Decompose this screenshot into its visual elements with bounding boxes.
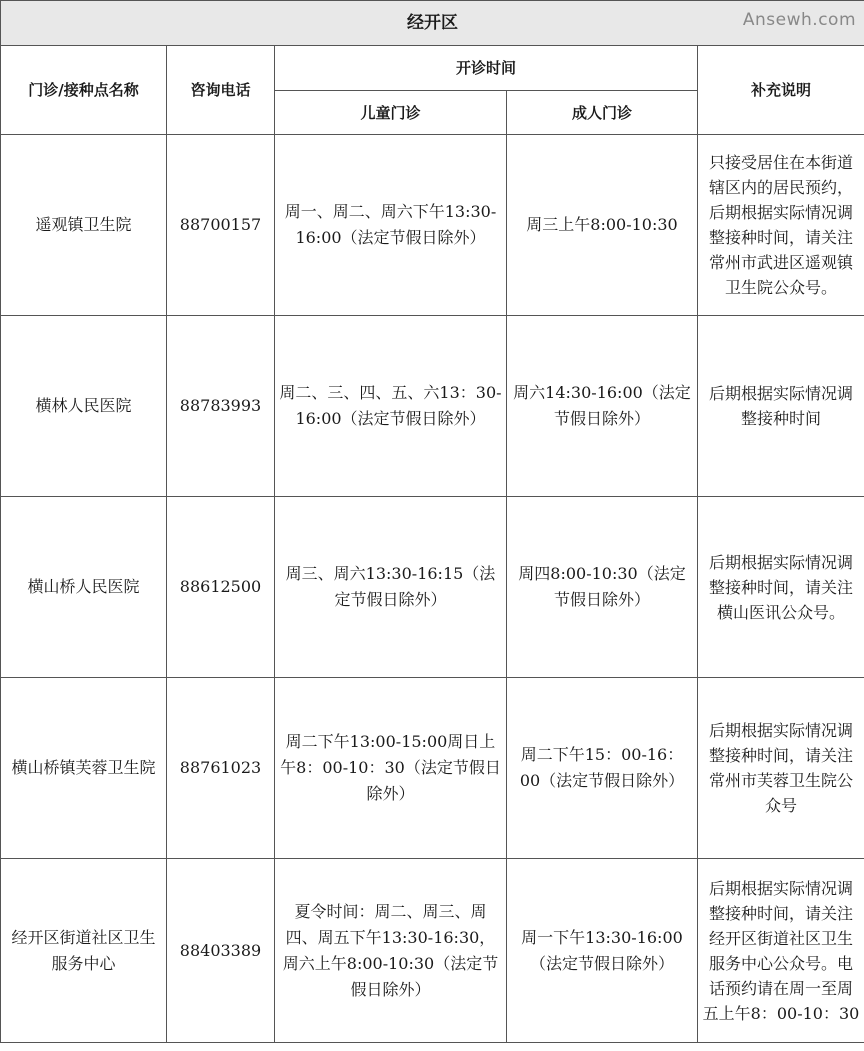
- phone-number: 88403389: [167, 859, 275, 1043]
- header-adult: 成人门诊: [507, 91, 698, 135]
- header-hours-group: 开诊时间: [275, 46, 698, 91]
- adult-hours: 周六14:30-16:00（法定节假日除外）: [507, 316, 698, 497]
- table-row: 遥观镇卫生院 88700157 周一、周二、周六下午13:30-16:00（法定…: [1, 135, 864, 316]
- table-title: 经开区: [1, 1, 864, 46]
- adult-hours: 周三上午8:00-10:30: [507, 135, 698, 316]
- note: 后期根据实际情况调整接种时间: [698, 316, 864, 497]
- children-hours: 夏令时间：周二、周三、周四、周五下午13:30-16:30，周六上午8:00-1…: [275, 859, 507, 1043]
- header-phone: 咨询电话: [167, 46, 275, 135]
- phone-number: 88783993: [167, 316, 275, 497]
- table-row: 横林人民医院 88783993 周二、三、四、五、六13：30-16:00（法定…: [1, 316, 864, 497]
- children-hours: 周三、周六13:30-16:15（法定节假日除外）: [275, 497, 507, 678]
- adult-hours: 周一下午13:30-16:00（法定节假日除外）: [507, 859, 698, 1043]
- phone-number: 88761023: [167, 678, 275, 859]
- phone-number: 88612500: [167, 497, 275, 678]
- children-hours: 周二下午13:00-15:00周日上午8：00-10：30（法定节假日除外）: [275, 678, 507, 859]
- vaccination-schedule-table: 经开区 门诊/接种点名称 咨询电话 开诊时间 补充说明 儿童门诊 成人门诊 遥观…: [0, 0, 864, 1043]
- clinic-name: 横山桥人民医院: [1, 497, 167, 678]
- clinic-name: 经开区街道社区卫生服务中心: [1, 859, 167, 1043]
- note: 后期根据实际情况调整接种时间，请关注经开区街道社区卫生服务中心公众号。电话预约请…: [698, 859, 864, 1043]
- header-children: 儿童门诊: [275, 91, 507, 135]
- clinic-name: 横山桥镇芙蓉卫生院: [1, 678, 167, 859]
- clinic-name: 遥观镇卫生院: [1, 135, 167, 316]
- table-row: 横山桥人民医院 88612500 周三、周六13:30-16:15（法定节假日除…: [1, 497, 864, 678]
- children-hours: 周一、周二、周六下午13:30-16:00（法定节假日除外）: [275, 135, 507, 316]
- phone-number: 88700157: [167, 135, 275, 316]
- table-row: 经开区街道社区卫生服务中心 88403389 夏令时间：周二、周三、周四、周五下…: [1, 859, 864, 1043]
- note: 后期根据实际情况调整接种时间，请关注横山医讯公众号。: [698, 497, 864, 678]
- children-hours: 周二、三、四、五、六13：30-16:00（法定节假日除外）: [275, 316, 507, 497]
- note: 后期根据实际情况调整接种时间，请关注常州市芙蓉卫生院公众号: [698, 678, 864, 859]
- adult-hours: 周二下午15：00-16：00（法定节假日除外）: [507, 678, 698, 859]
- adult-hours: 周四8:00-10:30（法定节假日除外）: [507, 497, 698, 678]
- clinic-name: 横林人民医院: [1, 316, 167, 497]
- header-note: 补充说明: [698, 46, 864, 135]
- watermark: Ansewh.com: [743, 10, 856, 30]
- header-name: 门诊/接种点名称: [1, 46, 167, 135]
- table-row: 横山桥镇芙蓉卫生院 88761023 周二下午13:00-15:00周日上午8：…: [1, 678, 864, 859]
- note: 只接受居住在本街道辖区内的居民预约，后期根据实际情况调整接种时间，请关注常州市武…: [698, 135, 864, 316]
